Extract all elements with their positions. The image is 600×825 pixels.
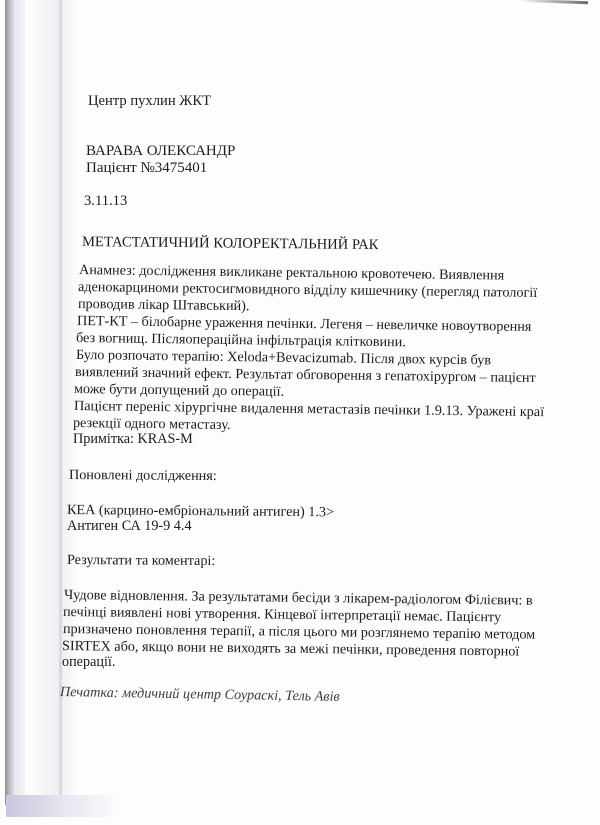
results-line: операції. bbox=[62, 654, 115, 670]
updated-tests-heading: Поновлені дослідження: bbox=[69, 467, 217, 484]
department-name: Центр пухлин ЖКТ bbox=[88, 93, 211, 109]
patient-name: ВАРАВА ОЛЕКСАНДР bbox=[86, 143, 235, 159]
anamnesis-line: може бути допущений до операції. bbox=[74, 381, 284, 400]
anamnesis-note: Примітка: KRAS-M bbox=[73, 431, 193, 447]
test-result-ca19-9: Антиген СА 19-9 4.4 bbox=[67, 518, 192, 534]
patient-id: Пацієнт №3475401 bbox=[86, 160, 207, 176]
anamnesis-line: проводив лікар Штавський). bbox=[78, 296, 250, 314]
diagnosis-title: МЕТАСТАТИЧНИЙ КОЛОРЕКТАЛЬНИЙ РАК bbox=[82, 234, 379, 253]
stamp-note: Печатка: медичний центр Соураскі, Тель А… bbox=[60, 684, 340, 705]
report-date: 3.11.13 bbox=[84, 193, 127, 209]
document: Центр пухлин ЖКТ ВАРАВА ОЛЕКСАНДР Пацієн… bbox=[0, 0, 600, 825]
results-heading: Результати та коментарі: bbox=[67, 552, 215, 569]
